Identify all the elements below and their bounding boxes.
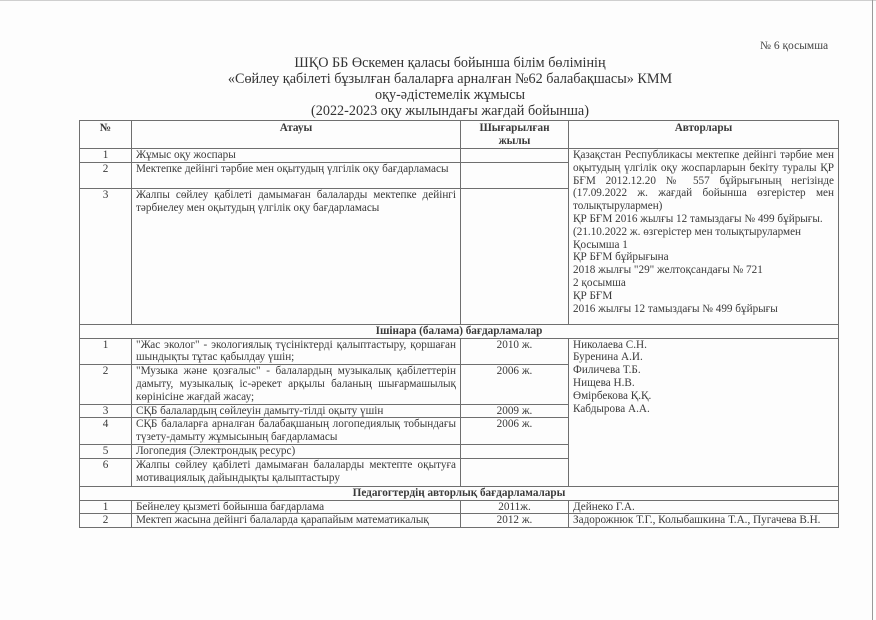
authors-line: Буренина А.И. [573, 351, 834, 364]
methodical-work-table: № Атауы Шығарылған жылы Авторлары 1 Жұмы… [79, 120, 839, 528]
row-name: Бейнелеу қызметі бойынша бағдарлама [132, 500, 461, 514]
row-authors: Дейнеко Г.А. [569, 500, 839, 514]
row-name: Жалпы сөйлеу қабілеті дамымаған балалард… [132, 188, 461, 324]
row-year: 2010 ж. [461, 338, 569, 365]
title-line: (2022-2023 оқу жылындағы жағдай бойынша) [150, 103, 750, 119]
row-year [461, 188, 569, 324]
row-num: 1 [80, 149, 132, 163]
row-num: 6 [80, 458, 132, 486]
authors-line: Николаева С.Н. [573, 339, 834, 352]
row-num: 3 [80, 404, 132, 418]
row-name: СҚБ балаларға арналған балабақшаның лого… [132, 418, 461, 445]
group1-authors: Қазақстан Республикасы мектепке дейінгі … [569, 149, 839, 325]
section-title: Педагогтердің авторлық бағдарламалары [80, 486, 839, 500]
table-row: 2 Мектеп жасына дейінгі балаларда қарапа… [80, 514, 839, 528]
table-row: 1 "Жас эколог" - экологиялық түсініктерд… [80, 338, 839, 365]
table-row: 1 Бейнелеу қызметі бойынша бағдарлама 20… [80, 500, 839, 514]
row-num: 2 [80, 514, 132, 528]
authors-line: 2 қосымша [573, 277, 834, 290]
title-line: «Сөйлеу қабілеті бұзылған балаларға арна… [150, 71, 750, 87]
section-row-partial-programs: Ішінара (балама) бағдарламалар [80, 324, 839, 338]
row-year [461, 444, 569, 458]
authors-line: (21.10.2022 ж. өзгерістер мен толықтырул… [573, 226, 834, 239]
authors-line: Нищева Н.В. [573, 377, 834, 390]
row-num: 1 [80, 500, 132, 514]
row-year: 2012 ж. [461, 514, 569, 528]
row-num: 2 [80, 162, 132, 188]
row-num: 2 [80, 365, 132, 404]
page-right-edge [872, 0, 873, 620]
group2-authors: Николаева С.Н. Буренина А.И. Филичева Т.… [569, 338, 839, 486]
row-name: Мектеп жасына дейінгі балаларда қарапайы… [132, 514, 461, 528]
header-name: Атауы [132, 121, 461, 149]
authors-line: ҚР БҒМ [573, 290, 834, 303]
row-num: 1 [80, 338, 132, 365]
document-title: ШҚО ББ Өскемен қаласы бойынша білім бөлі… [150, 55, 750, 119]
table-header-row: № Атауы Шығарылған жылы Авторлары [80, 121, 839, 149]
page-top-edge [0, 0, 876, 1]
authors-line: Филичева Т.Б. [573, 364, 834, 377]
authors-line: ҚР БҒМ 2016 жылғы 12 тамыздағы № 499 бұй… [573, 213, 834, 226]
row-year: 2006 ж. [461, 418, 569, 445]
header-authors: Авторлары [569, 121, 839, 149]
row-year [461, 149, 569, 163]
row-name: Жалпы сөйлеу қабілеті дамымаған балалард… [132, 458, 461, 486]
row-num: 5 [80, 444, 132, 458]
row-year: 2009 ж. [461, 404, 569, 418]
row-year: 2011ж. [461, 500, 569, 514]
header-num: № [80, 121, 132, 149]
authors-line: Қазақстан Республикасы мектепке дейінгі … [573, 149, 834, 213]
authors-line: Қосымша 1 [573, 239, 834, 252]
row-name: Жұмыс оқу жоспары [132, 149, 461, 163]
row-num: 3 [80, 188, 132, 324]
row-name: Логопедия (Электрондық ресурс) [132, 444, 461, 458]
title-line: ШҚО ББ Өскемен қаласы бойынша білім бөлі… [150, 55, 750, 71]
row-year: 2006 ж. [461, 365, 569, 404]
annex-label: № 6 қосымша [760, 40, 828, 52]
title-line: оқу-әдістемелік жұмысы [150, 87, 750, 103]
row-name: "Жас эколог" - экологиялық түсініктерді … [132, 338, 461, 365]
section-title: Ішінара (балама) бағдарламалар [80, 324, 839, 338]
row-name: Мектепке дейінгі тәрбие мен оқытудың үлг… [132, 162, 461, 188]
row-year [461, 162, 569, 188]
authors-line: 2018 жылғы "29" желтоқсандағы № 721 [573, 264, 834, 277]
authors-line: Кабдырова А.А. [573, 403, 834, 416]
authors-line: Өмірбекова Қ.Қ. [573, 390, 834, 403]
row-name: СҚБ балалардың сөйлеуін дамыту-тілді оқы… [132, 404, 461, 418]
row-year [461, 458, 569, 486]
authors-line: 2016 жылғы 12 тамыздағы № 499 бұйрығы [573, 303, 834, 316]
table-row: 1 Жұмыс оқу жоспары Қазақстан Республика… [80, 149, 839, 163]
row-name: "Музыка және қозғалыс" - балалардың музы… [132, 365, 461, 404]
section-row-authors-programs: Педагогтердің авторлық бағдарламалары [80, 486, 839, 500]
header-year: Шығарылған жылы [461, 121, 569, 149]
row-authors: Задорожнюк Т.Г., Колыбашкина Т.А., Пугач… [569, 514, 839, 528]
authors-line: ҚР БҒМ бұйрығына [573, 251, 834, 264]
row-num: 4 [80, 418, 132, 445]
